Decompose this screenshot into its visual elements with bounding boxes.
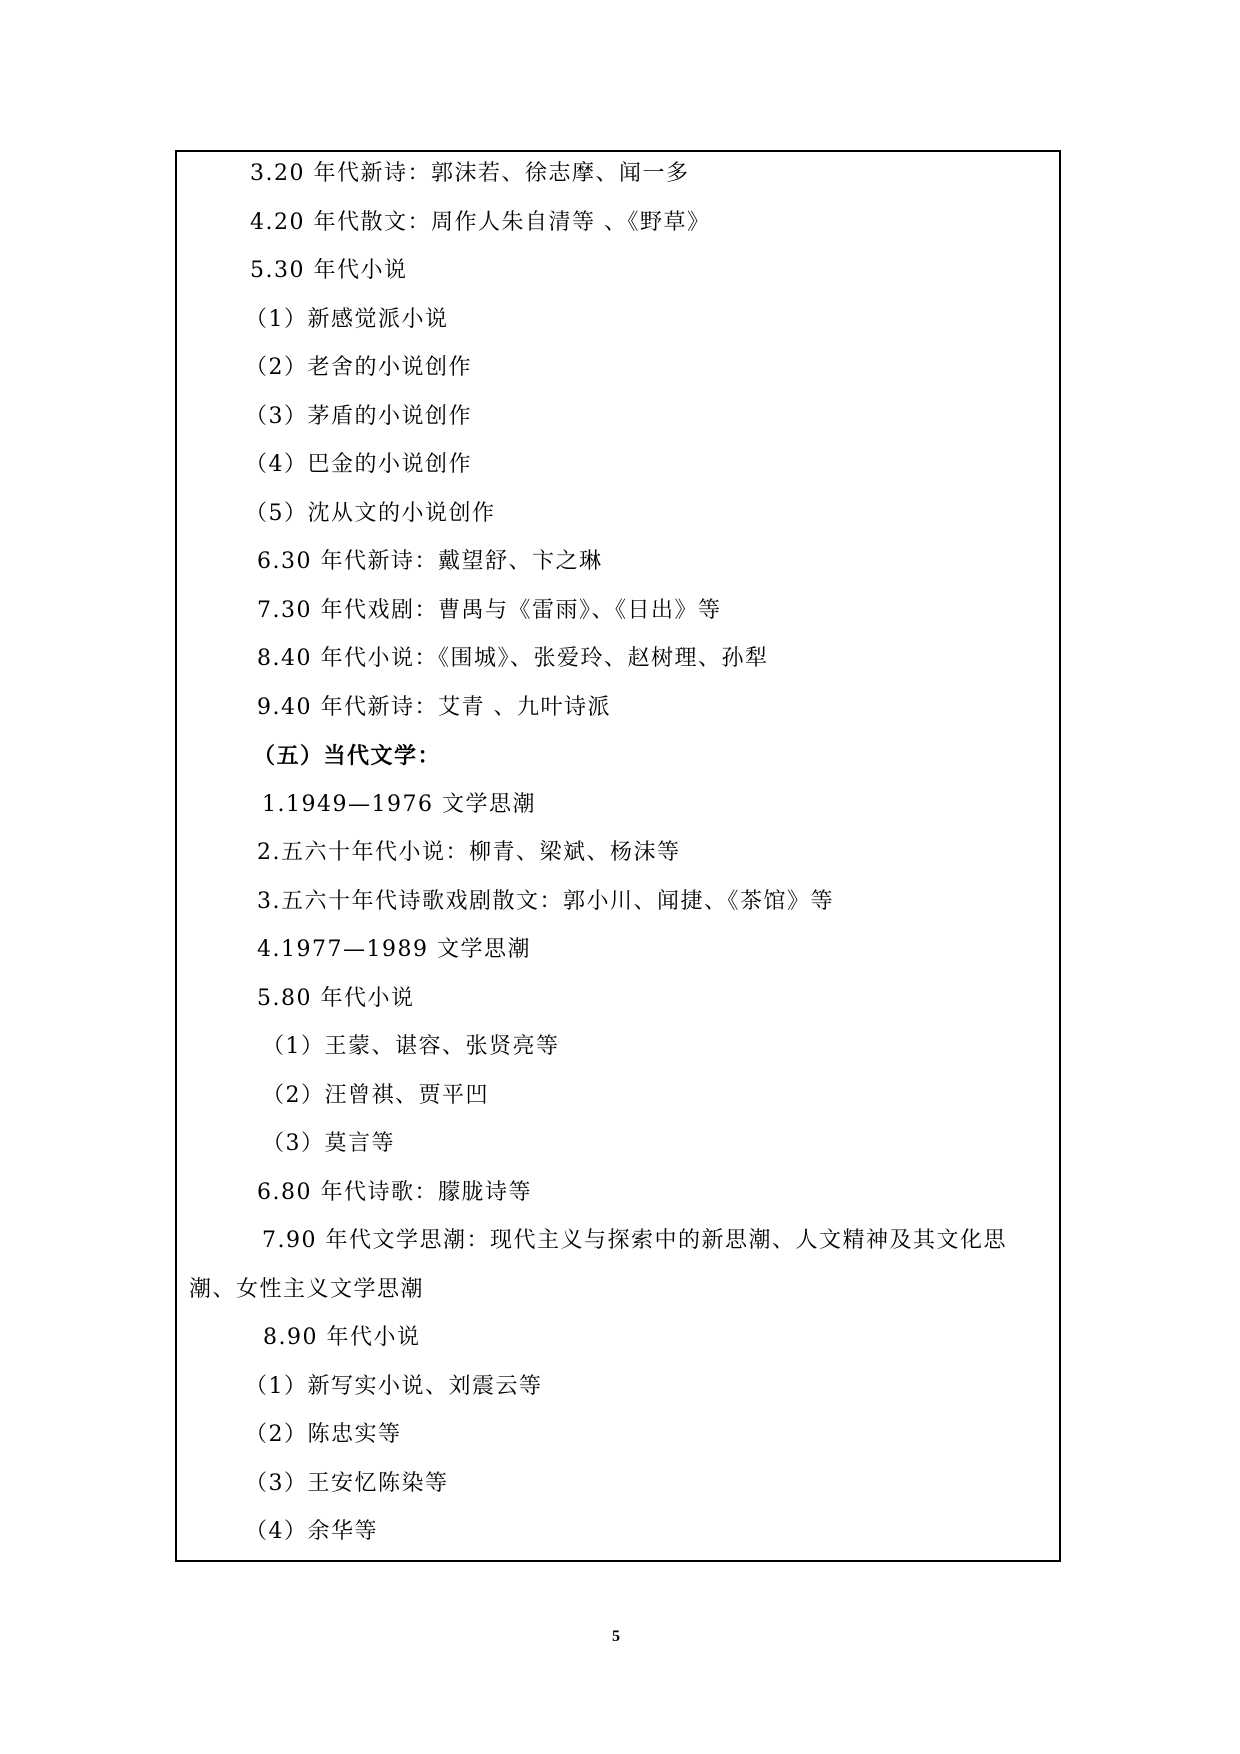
- list-item: （3）茅盾的小说创作: [245, 404, 472, 430]
- list-item: 9.40 年代新诗：艾青 、九叶诗派: [257, 695, 611, 721]
- list-item: （2）汪曾祺、贾平凹: [262, 1083, 489, 1109]
- list-item: （5）沈从文的小说创作: [245, 501, 496, 527]
- list-item: 2.五六十年代小说：柳青、梁斌、杨沫等: [257, 840, 681, 866]
- list-item: （3）莫言等: [262, 1131, 395, 1157]
- list-item: 6.80 年代诗歌：朦胧诗等: [257, 1180, 532, 1206]
- list-item: （2）老舍的小说创作: [245, 355, 472, 381]
- list-item: （1）王蒙、谌容、张贤亮等: [262, 1034, 560, 1060]
- list-item: 6.30 年代新诗：戴望舒、卞之琳: [257, 549, 602, 575]
- list-item: （3）王安忆陈染等: [245, 1471, 449, 1497]
- list-item-continuation: 潮、女性主义文学思潮: [189, 1277, 424, 1303]
- list-item: （2）陈忠实等: [245, 1422, 402, 1448]
- list-item: （1）新感觉派小说: [245, 307, 449, 333]
- list-item: 5.80 年代小说: [257, 986, 414, 1012]
- list-item: 7.30 年代戏剧：曹禺与《雷雨》、《日出》等: [257, 598, 721, 624]
- list-item: （4）巴金的小说创作: [245, 452, 472, 478]
- list-item: （1）新写实小说、刘震云等: [245, 1374, 543, 1400]
- list-item: 8.90 年代小说: [263, 1325, 420, 1351]
- list-item: 3.20 年代新诗：郭沫若、徐志摩、闻一多: [250, 161, 689, 187]
- list-item: 7.90 年代文学思潮：现代主义与探索中的新思潮、人文精神及其文化思: [262, 1228, 1007, 1254]
- list-item: （4）余华等: [245, 1519, 378, 1545]
- list-item: 4.20 年代散文：周作人朱自清等 、《野草》: [250, 210, 710, 236]
- page-number: 5: [612, 1628, 620, 1646]
- list-item: 3.五六十年代诗歌戏剧散文：郭小川、闻捷、《茶馆》等: [257, 889, 834, 915]
- list-item: 4.1977—1989 文学思潮: [257, 937, 531, 963]
- list-item: 8.40 年代小说：《围城》、张爱玲、赵树理、孙犁: [257, 646, 768, 672]
- section-heading: （五）当代文学：: [253, 743, 441, 769]
- list-item: 5.30 年代小说: [250, 258, 407, 284]
- list-item: 1.1949—1976 文学思潮: [262, 792, 536, 818]
